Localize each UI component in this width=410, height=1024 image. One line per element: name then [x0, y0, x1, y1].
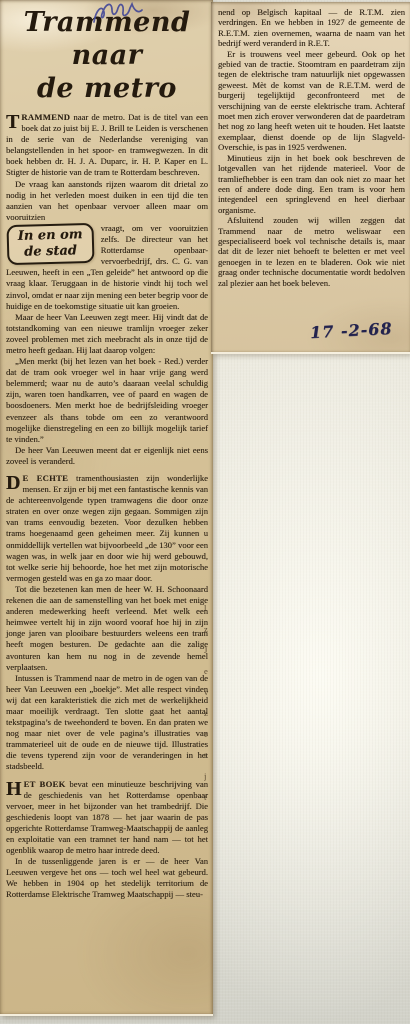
dropcap-T: T — [6, 112, 21, 131]
section-label-line1: In en om — [18, 227, 83, 244]
lead-word: E ECHTE — [22, 473, 68, 483]
paragraph-trammend: TRAMMEND naar de metro. Dat is de titel … — [6, 112, 208, 179]
paragraph-text: bevat een minutieuze beschrijving van de… — [6, 779, 208, 856]
edge-fragment: e — [204, 661, 213, 682]
newspaper-clipping-scan: Trammend naar de metro TRAMMEND naar de … — [0, 0, 410, 1024]
edge-fragment: e — [204, 724, 213, 745]
section-label-line2: de stad — [24, 243, 77, 259]
edge-fragment: l — [204, 598, 213, 619]
edge-fragment: t — [204, 745, 213, 766]
paragraph-tussenliggende-jaren: In de tussenliggende jaren is er — de he… — [6, 856, 208, 900]
edge-fragment: v — [204, 682, 213, 703]
paragraph-tot-die-bezetenen: Tot die bezetenen kan men de heer W. H. … — [6, 584, 208, 673]
headline-line2: de metro — [37, 73, 177, 104]
paragraph-de-vraag: De vraag kan aanstonds rijzen waarom dit… — [6, 179, 208, 223]
edge-fragment: j — [204, 766, 213, 787]
paragraph-belgisch-kapitaal: nend op Belgisch kapitaal — de R.T.M. zi… — [218, 7, 405, 49]
clipping-right-strip: nend op Belgisch kapitaal — de R.T.M. zi… — [211, 2, 410, 354]
paragraph-maar-de-heer: Maar de heer Van Leeuwen zegt meer. Hij … — [6, 312, 208, 356]
paragraph-het-boek: HET BOEK bevat een minutieuze beschrijvi… — [6, 779, 208, 857]
section-label-box: In en om de stad — [6, 223, 94, 265]
edge-fragment: z — [204, 619, 213, 640]
torn-edge-letter-fragments: l z J e v z e t j t — [204, 598, 213, 808]
paragraph-intussen: Intussen is Trammend naar de metro in de… — [6, 673, 208, 773]
edge-fragment: t — [204, 787, 213, 808]
paragraph-er-is-trouwens: Er is trouwens veel meer gebeurd. Ook op… — [218, 49, 405, 153]
paragraph-text: tramenthousiasten zijn wonderlijke mense… — [6, 473, 208, 583]
paragraph-van-leeuwen-meent: De heer Van Leeuwen meent dat er eigenli… — [6, 445, 208, 467]
paragraph-minutieus: Minutieus zijn in het boek ook beschreve… — [218, 153, 405, 215]
dropcap-D: D — [6, 473, 22, 492]
pen-squiggle-annotation-icon — [90, 0, 156, 26]
paragraph-de-echte: DE ECHTE tramenthousiasten zijn wonderli… — [6, 473, 208, 584]
paragraph-quote-men-merkt: „Men merkt (bij het lezen van het boek -… — [6, 356, 208, 445]
paragraph-afsluitend: Afsluitend zouden wij willen zeggen dat … — [218, 215, 405, 288]
clipping-left-strip: Trammend naar de metro TRAMMEND naar de … — [0, 0, 213, 1016]
edge-fragment: z — [204, 703, 213, 724]
lead-word: RAMMEND — [21, 112, 70, 122]
edge-fragment: J — [204, 640, 213, 661]
lead-word: ET BOEK — [24, 779, 66, 789]
dropcap-H: H — [6, 779, 24, 798]
